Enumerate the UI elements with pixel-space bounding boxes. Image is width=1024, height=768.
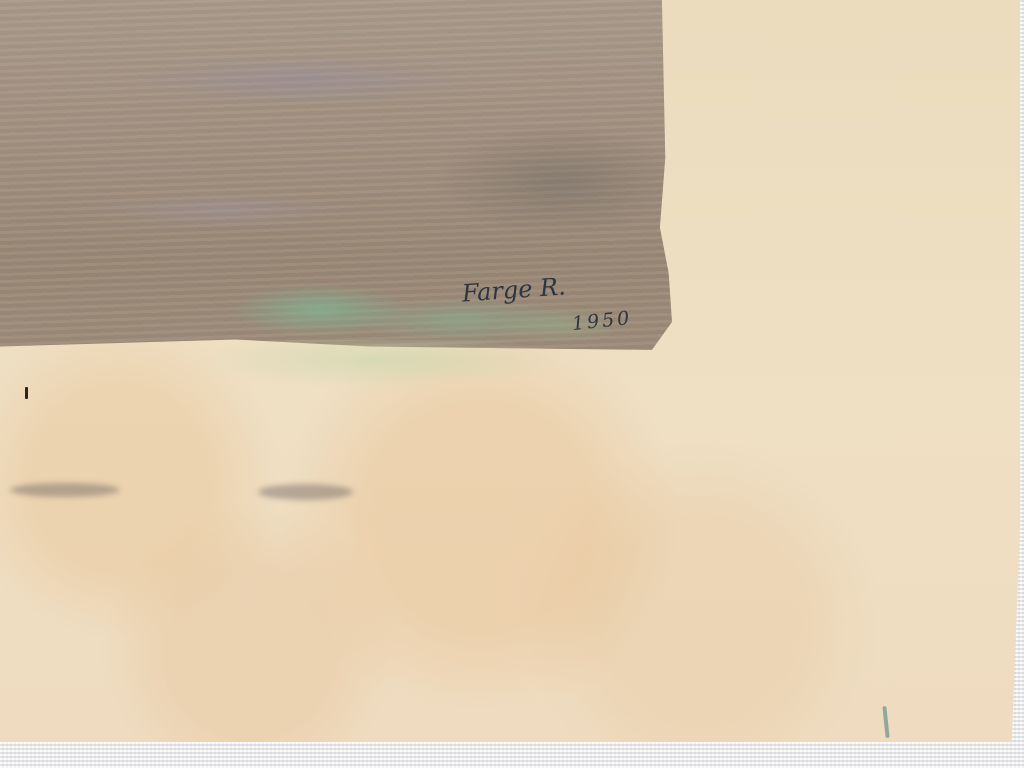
graphite-smudge [10, 483, 120, 497]
aged-paper-sheet: Farge R. 1950 [0, 0, 1020, 742]
green-paint-stroke [882, 706, 889, 738]
ink-mark [25, 387, 28, 399]
signature-name: Farge R. [461, 274, 566, 305]
pale-green-bleed [150, 340, 620, 410]
graphite-smudge [258, 484, 353, 500]
